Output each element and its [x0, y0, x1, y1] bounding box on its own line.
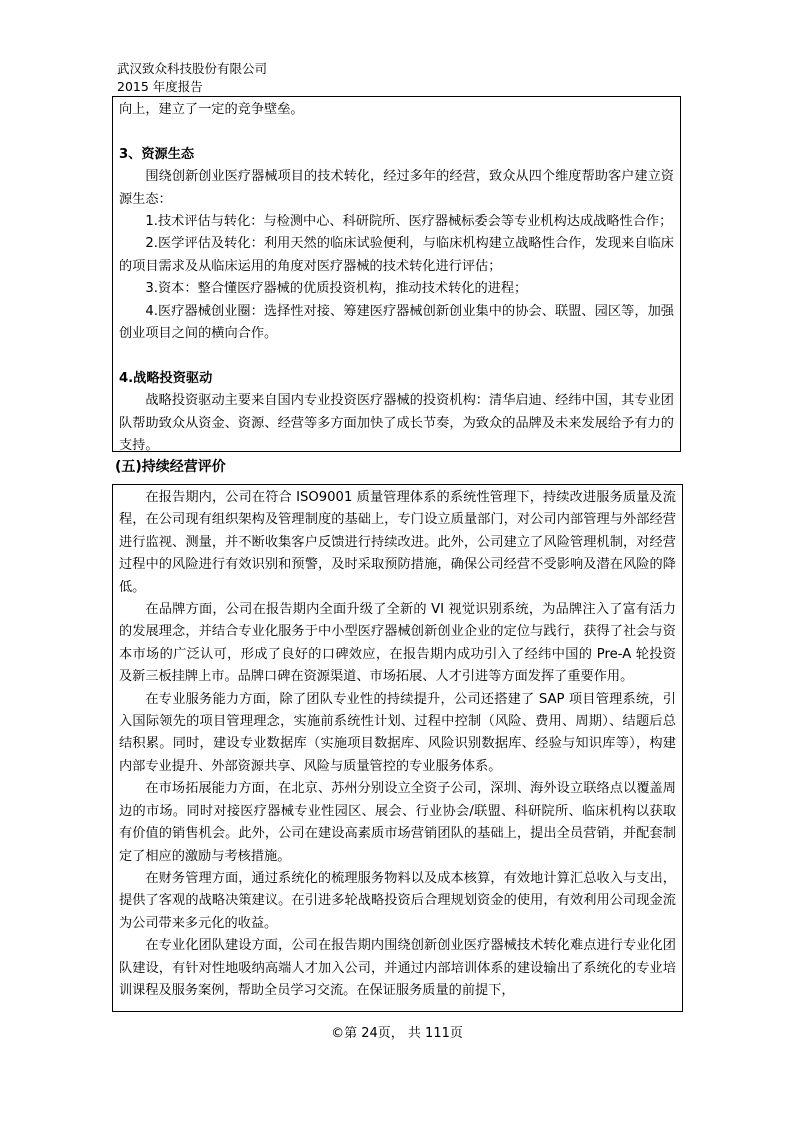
going-concern-box: 在报告期内，公司在符合 ISO9001 质量管理体系的系统性管理下，持续改进服务… — [112, 484, 683, 1012]
paragraph-service: 在专业服务能力方面，除了团队专业性的持续提升，公司还搭建了 SAP 项目管理系统… — [119, 689, 676, 779]
page-header: 武汉致众科技股份有限公司 2015 年度报告 — [117, 60, 267, 96]
section-5-title: (五)持续经营评价 — [115, 455, 226, 479]
section-3-item: 4.医疗器械创业圈：选择性对接、筹建医疗器械创新创业集中的协会、联盟、园区等，加… — [119, 301, 674, 346]
spacer — [119, 345, 674, 367]
report-title: 2015 年度报告 — [117, 78, 267, 96]
section-4-body: 战略投资驱动主要来自国内专业投资医疗器械的投资机构：清华启迪、经纬中国，其专业团… — [119, 390, 674, 457]
company-name: 武汉致众科技股份有限公司 — [117, 60, 267, 78]
section-3-item: 3.资本：整合懂医疗器械的优质投资机构，推动技术转化的进程； — [119, 278, 674, 300]
paragraph-market: 在市场拓展能力方面，在北京、苏州分别设立全资子公司，深圳、海外设立联络点以覆盖周… — [119, 778, 676, 868]
paragraph-finance: 在财务管理方面，通过系统化的梳理服务物料以及成本核算，有效地计算汇总收入与支出，… — [119, 868, 676, 935]
section-3-item: 2.医学评估及转化：利用天然的临床试验便利，与临床机构建立战略性合作，发现来自临… — [119, 233, 674, 278]
paragraph-quality: 在报告期内，公司在符合 ISO9001 质量管理体系的系统性管理下，持续改进服务… — [119, 487, 676, 599]
continued-line: 向上，建立了一定的竞争壁垒。 — [119, 99, 674, 121]
section-3-heading: 3、资源生态 — [119, 144, 674, 166]
spacer — [119, 121, 674, 143]
section-3-intro: 围绕创新创业医疗器械项目的技术转化，经过多年的经营，致众从四个维度帮助客户建立资… — [119, 166, 674, 211]
paragraph-team: 在专业化团队建设方面，公司在报告期内围绕创新创业医疗器械技术转化难点进行专业化团… — [119, 935, 676, 1002]
section-3-item: 1.技术评估与转化：与检测中心、科研院所、医疗器械标委会等专业机构达成战略性合作… — [119, 211, 674, 233]
resource-ecosystem-box: 向上，建立了一定的竞争壁垒。 3、资源生态 围绕创新创业医疗器械项目的技术转化，… — [112, 96, 681, 452]
section-4-heading: 4.战略投资驱动 — [119, 368, 674, 390]
paragraph-brand: 在品牌方面，公司在报告期内全面升级了全新的 VI 视觉识别系统，为品牌注入了富有… — [119, 599, 676, 689]
page-number: ©第 24页， 共 111页 — [0, 1022, 794, 1041]
